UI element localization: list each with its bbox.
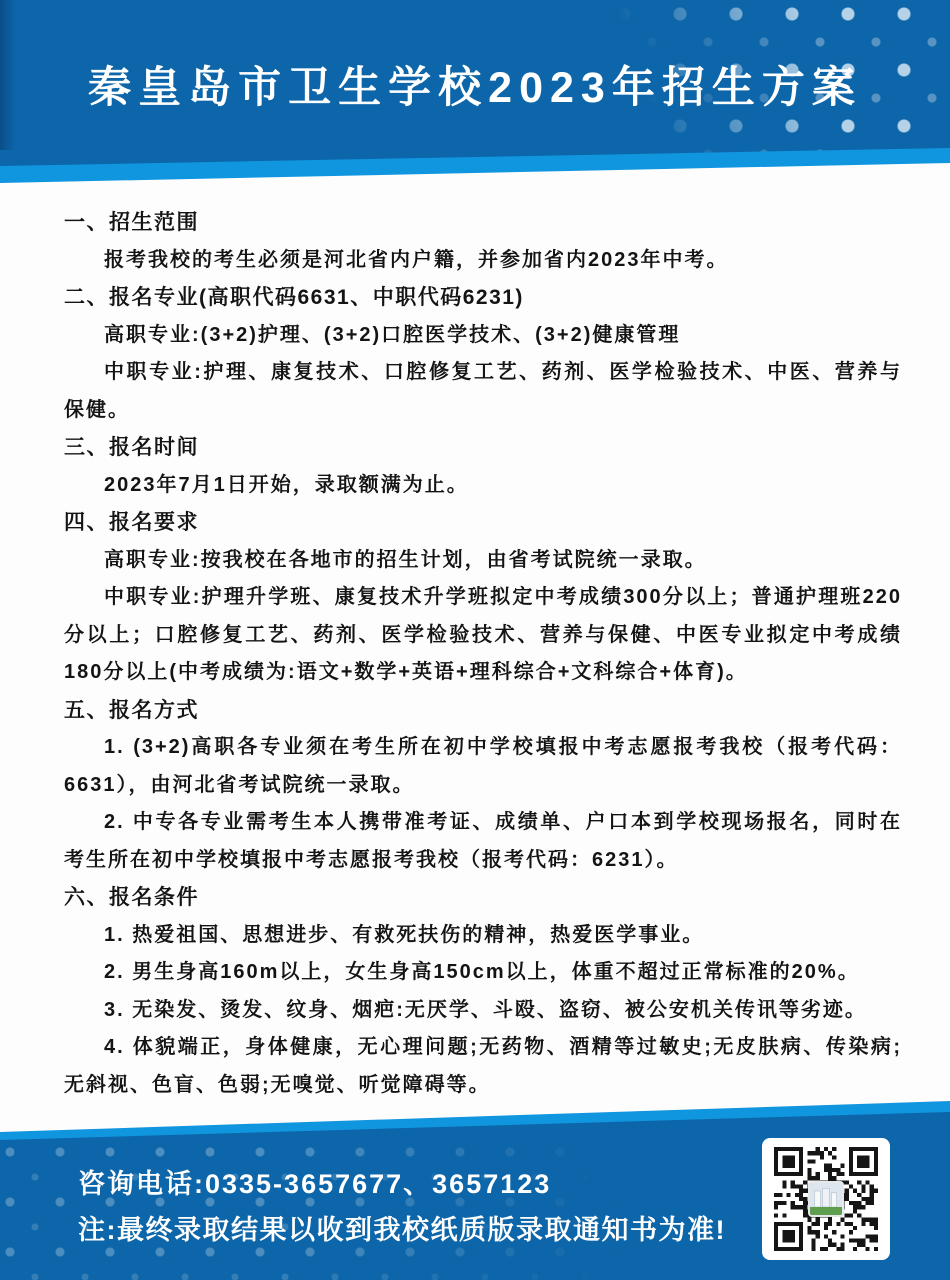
section-paragraph: 2. 中专各专业需考生本人携带准考证、成绩单、户口本到学校现场报名，同时在考生所… xyxy=(64,804,902,879)
footer-phone: 咨询电话:0335-3657677、3657123 xyxy=(78,1162,551,1201)
footer-banner: 咨询电话:0335-3657677、3657123 注:最终录取结果以收到我校纸… xyxy=(0,1100,950,1280)
section-paragraph: 中职专业:护理升学班、康复技术升学班拟定中考成绩300分以上；普通护理班220分… xyxy=(64,579,902,692)
section-heading: 六、报名条件 xyxy=(64,879,902,917)
footer-note: 注:最终录取结果以收到我校纸质版录取通知书为准! xyxy=(78,1208,726,1247)
section-heading: 五、报名方式 xyxy=(64,692,902,730)
section-paragraph: 报考我校的考生必须是河北省内户籍，并参加省内2023年中考。 xyxy=(64,242,902,280)
section: 六、报名条件1. 热爱祖国、思想进步、有救死扶伤的精神，热爱医学事业。2. 男生… xyxy=(64,879,902,1104)
poster-page: 秦皇岛市卫生学校2023年招生方案 一、招生范围报考我校的考生必须是河北省内户籍… xyxy=(0,0,950,1280)
section: 四、报名要求高职专业:按我校在各地市的招生计划，由省考试院统一录取。中职专业:护… xyxy=(64,504,902,692)
qr-code xyxy=(762,1138,890,1260)
section-heading: 一、招生范围 xyxy=(64,204,902,242)
document-body: 一、招生范围报考我校的考生必须是河北省内户籍，并参加省内2023年中考。二、报名… xyxy=(64,204,902,1104)
section-paragraph: 4. 体貌端正，身体健康，无心理问题;无药物、酒精等过敏史;无皮肤病、传染病;无… xyxy=(64,1029,902,1104)
section-paragraph: 1. (3+2)高职各专业须在考生所在初中学校填报中考志愿报考我校（报考代码：6… xyxy=(64,729,902,804)
section-heading: 三、报名时间 xyxy=(64,429,902,467)
page-title: 秦皇岛市卫生学校2023年招生方案 xyxy=(0,54,950,115)
section-heading: 二、报名专业(高职代码6631、中职代码6231) xyxy=(64,279,902,317)
section: 五、报名方式1. (3+2)高职各专业须在考生所在初中学校填报中考志愿报考我校（… xyxy=(64,692,902,880)
section-paragraph: 1. 热爱祖国、思想进步、有救死扶伤的精神，热爱医学事业。 xyxy=(64,917,902,955)
qr-center-logo xyxy=(808,1181,844,1217)
section-heading: 四、报名要求 xyxy=(64,504,902,542)
building-logo-icon xyxy=(810,1183,842,1215)
section-paragraph: 高职专业:(3+2)护理、(3+2)口腔医学技术、(3+2)健康管理 xyxy=(64,317,902,355)
section-paragraph: 高职专业:按我校在各地市的招生计划，由省考试院统一录取。 xyxy=(64,542,902,580)
section: 一、招生范围报考我校的考生必须是河北省内户籍，并参加省内2023年中考。 xyxy=(64,204,902,279)
section-paragraph: 3. 无染发、烫发、纹身、烟疤:无厌学、斗殴、盗窃、被公安机关传讯等劣迹。 xyxy=(64,992,902,1030)
section-paragraph: 2. 男生身高160m以上，女生身高150cm以上，体重不超过正常标准的20%。 xyxy=(64,954,902,992)
section-paragraph: 中职专业:护理、康复技术、口腔修复工艺、药剂、医学检验技术、中医、营养与保健。 xyxy=(64,354,902,429)
section-paragraph: 2023年7月1日开始，录取额满为止。 xyxy=(64,467,902,505)
header-banner: 秦皇岛市卫生学校2023年招生方案 xyxy=(0,0,950,190)
section: 二、报名专业(高职代码6631、中职代码6231)高职专业:(3+2)护理、(3… xyxy=(64,279,902,429)
section: 三、报名时间2023年7月1日开始，录取额满为止。 xyxy=(64,429,902,504)
